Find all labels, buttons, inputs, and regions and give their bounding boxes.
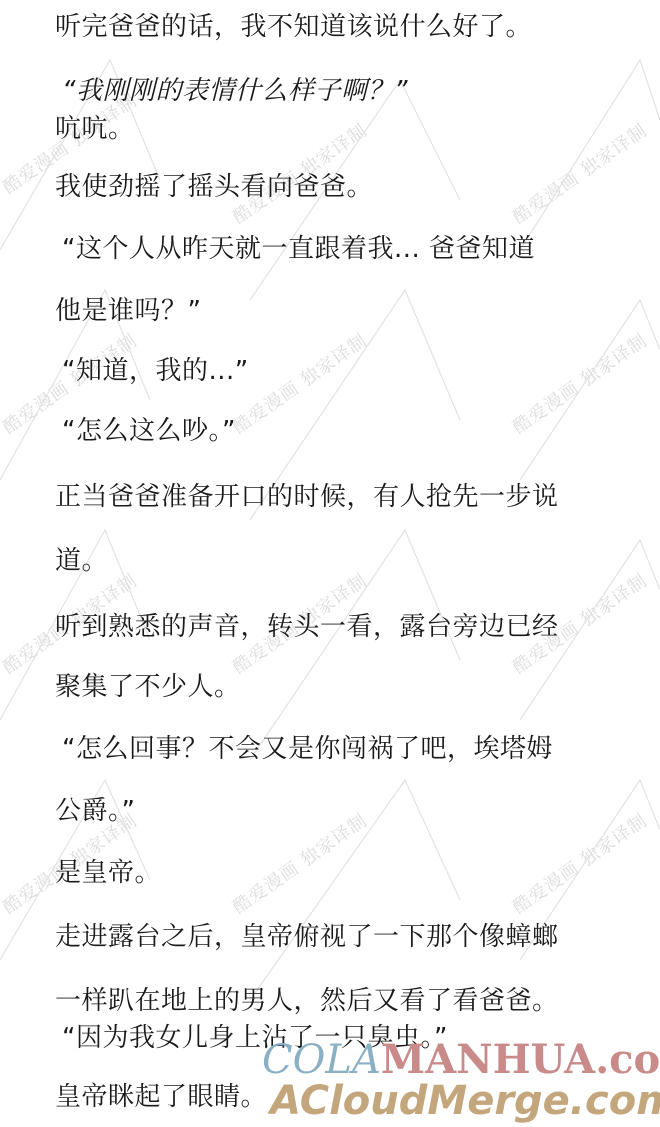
watermark-manhua: MANHUA.com: [381, 1036, 660, 1083]
paragraph: 公爵。”: [55, 796, 135, 826]
watermark-cola: COLA: [262, 1037, 381, 1083]
paragraph: “怎么回事？不会又是你闯祸了吧，埃塔姆: [62, 734, 553, 764]
watermark-text: 酷爱漫画 独家译制: [507, 327, 652, 439]
paragraph: 聚集了不少人。: [55, 672, 241, 702]
paragraph: 道。: [55, 546, 108, 576]
paragraph: 吭吭。: [55, 114, 135, 144]
acloudmerge-watermark: ACloudMerge.com: [270, 1078, 660, 1124]
paragraph: 他是谁吗？”: [55, 296, 201, 326]
paragraph: 一样趴在地上的男人，然后又看了看爸爸。: [55, 986, 559, 1016]
paragraph: 听完爸爸的话，我不知道该说什么好了。: [55, 12, 532, 42]
paragraph: 走进露台之后，皇帝俯视了一下那个像蟑螂: [55, 922, 559, 952]
paragraph: 听到熟悉的声音，转头一看，露台旁边已经: [55, 612, 559, 642]
paragraph: 皇帝眯起了眼睛。: [55, 1082, 267, 1112]
watermark-text: 酷爱漫画 独家译制: [227, 807, 372, 919]
colamanhua-watermark: COLAMANHUA.com: [262, 1036, 660, 1083]
paragraph: 是皇帝。: [55, 858, 161, 888]
paragraph: 我使劲摇了摇头看向爸爸。: [55, 172, 373, 202]
paragraph: “知道，我的...”: [62, 356, 249, 386]
paragraph: “怎么这么吵。”: [62, 416, 236, 446]
paragraph: “这个人从昨天就一直跟着我... 爸爸知道: [62, 234, 535, 264]
paragraph: “我刚刚的表情什么样子啊？”: [62, 76, 408, 106]
watermark-text: 酷爱漫画 独家译制: [507, 807, 652, 919]
watermark-text: 酷爱漫画 独家译制: [507, 117, 652, 229]
paragraph: 正当爸爸准备开口的时候，有人抢先一步说: [55, 482, 559, 512]
